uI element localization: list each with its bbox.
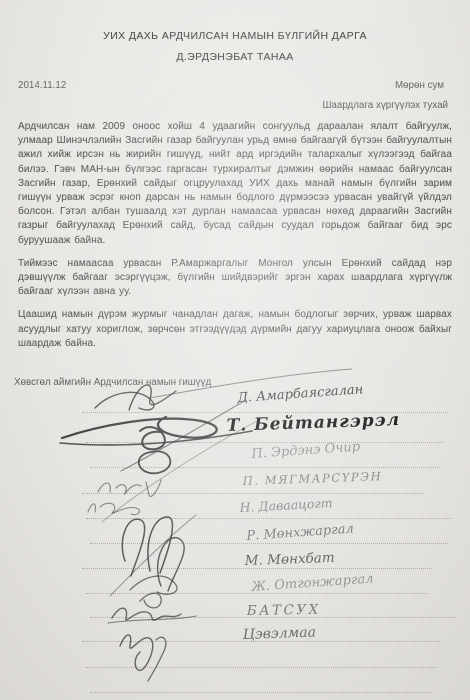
signature-dotted-line: [90, 691, 432, 693]
addressee-title: УИХ ДАХЬ АРДЧИЛСАН НАМЫН БҮЛГИЙН ДАРГА: [0, 0, 470, 42]
handwritten-signature-name: БАТСУХ: [247, 602, 321, 619]
handwritten-signature-name: П. МЯГМАРСҮРЭН: [243, 469, 383, 488]
signature-dotted-line: [90, 542, 448, 544]
scribble-signature: [120, 635, 153, 670]
scribble-signature: [139, 451, 171, 473]
scribble-signature: [130, 576, 177, 594]
handwritten-signature-name: М. Мөнхбат: [244, 550, 334, 569]
signature-dotted-line: [86, 441, 444, 443]
handwritten-signature-name: П. Эрдэнэ Очир: [251, 439, 361, 462]
scribble-signature: [140, 593, 161, 608]
signature-dotted-line: [82, 567, 432, 569]
paragraph: Тиймээс намаасаа урвасан Р.Амаржаргалыг …: [18, 257, 452, 300]
handwritten-signature-name: Н. Даваацогт: [239, 495, 333, 515]
signature-dotted-line: [86, 666, 436, 668]
letter-date: 2014.11.12: [18, 80, 66, 91]
handwritten-signature-name: Цэвэлмаа: [242, 624, 316, 643]
addressee-name: Д.ЭРДЭНЭБАТ ТАНАА: [0, 51, 470, 63]
paragraph: Цаашид намын дүрэм журмыг чанадлан дагаж…: [18, 308, 452, 351]
scribble-signature: [98, 480, 161, 497]
scribble-signature: [148, 517, 172, 573]
paragraph: Ардчилсан нам 2009 оноос хойш 4 удаагийн…: [18, 120, 452, 248]
scribble-signature: [158, 538, 185, 591]
scribble-signature: [112, 608, 181, 620]
signature-dotted-line: [86, 592, 428, 594]
scribble-signature: [95, 392, 154, 410]
body-paragraphs: Ардчилсан нам 2009 оноос хойш 4 удаагийн…: [18, 120, 452, 351]
signature-dotted-line: [86, 517, 452, 519]
scribble-signature: [62, 417, 217, 438]
scribble-signature: [129, 385, 176, 410]
letter-location: Мөрөн сум: [395, 80, 444, 91]
scribble-signature: [148, 637, 166, 681]
letter-subject: Шаардлага хүргүүлэх тухай: [0, 100, 470, 111]
signature-dotted-line: [82, 411, 448, 413]
signature-dotted-line: [90, 466, 440, 468]
date-location-row: 2014.11.12 Мөрөн сум: [0, 80, 470, 91]
handwritten-signature-name: Ж. Отгонжаргал: [251, 572, 374, 595]
handwritten-signature-name: Р. Мөнхжаргал: [246, 522, 354, 544]
scribble-signature: [60, 431, 252, 445]
scribble-signature: [122, 519, 144, 576]
scribble-signature: [140, 427, 165, 449]
scribble-signature: [110, 515, 196, 596]
scribble-signature: [88, 503, 139, 515]
handwritten-signature-name: Т. Бейтангэрэл: [226, 410, 400, 436]
scribble-signature: [108, 616, 196, 623]
scribble-signature: [102, 420, 259, 522]
signature-dotted-line: [90, 616, 456, 618]
signature-dotted-line: [82, 492, 424, 494]
signature-heading: Хөвсгөл аймгийн Ардчилсан намын гишүүд: [14, 377, 470, 388]
signature-dotted-line: [82, 640, 440, 642]
scribble-signature: [121, 400, 246, 471]
letter-photo: УИХ ДАХЬ АРДЧИЛСАН НАМЫН БҮЛГИЙН ДАРГА Д…: [0, 0, 470, 700]
